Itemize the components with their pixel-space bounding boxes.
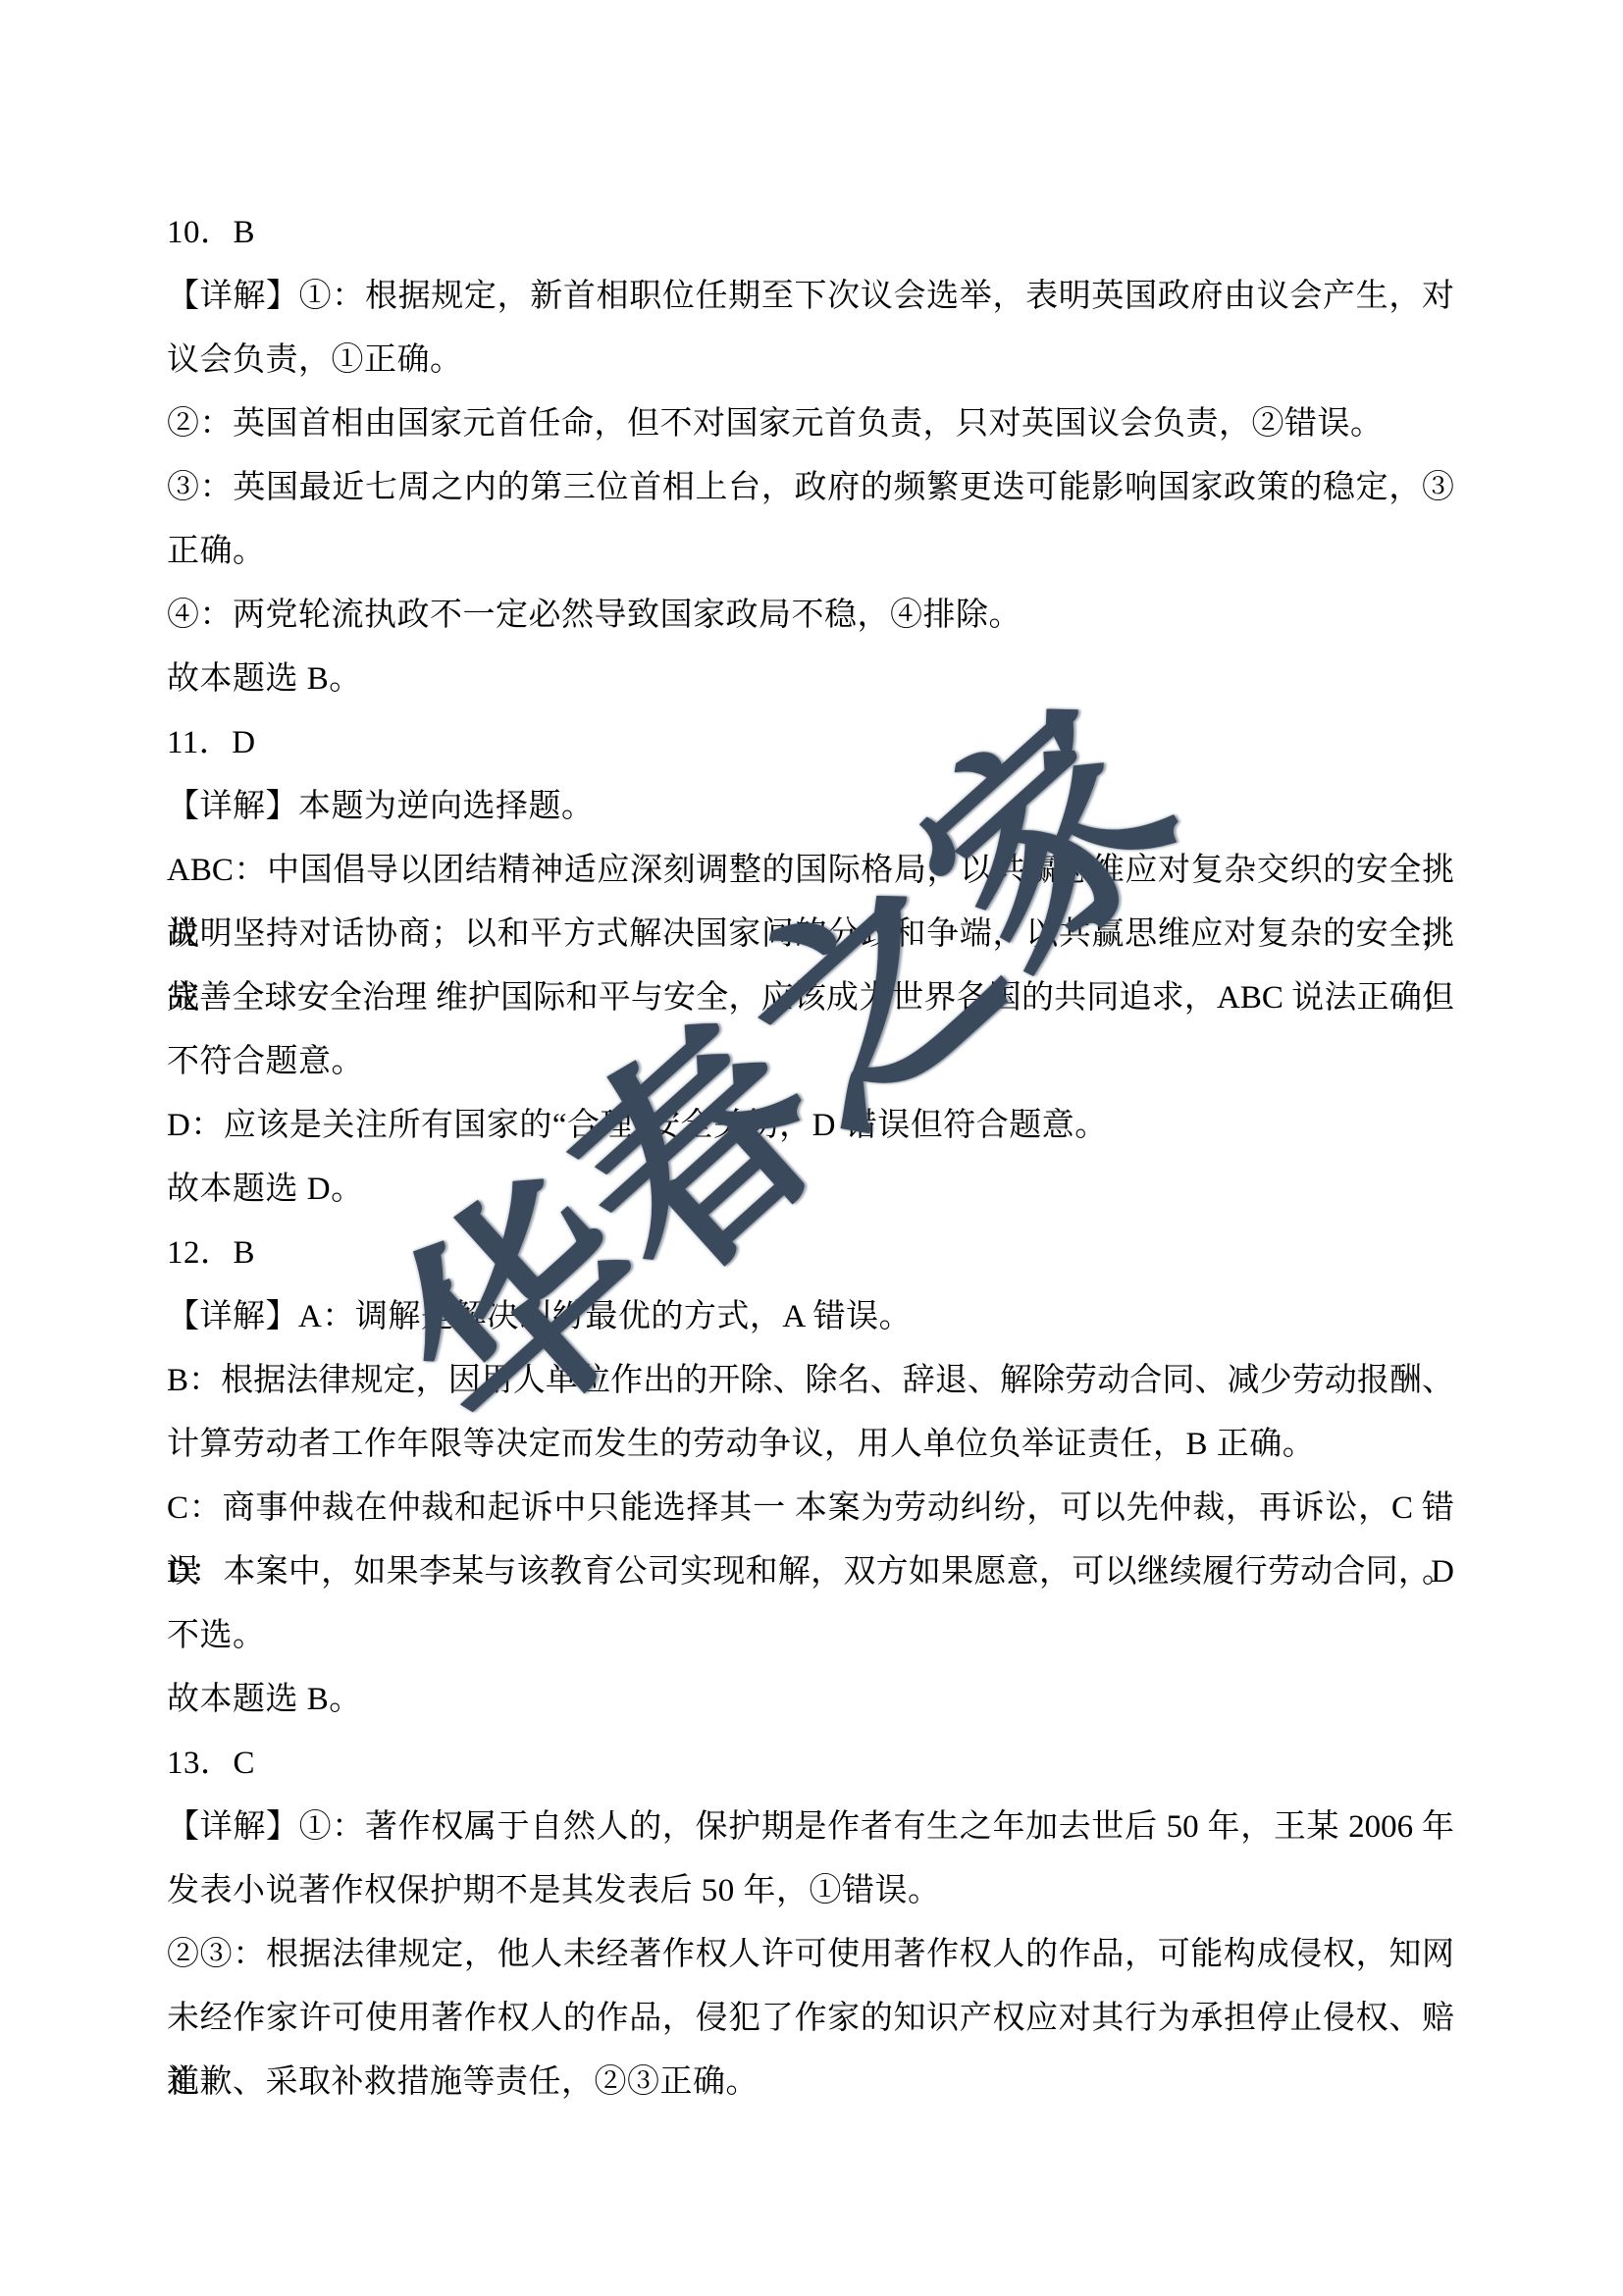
explanation-line: 完善全球安全治理 维护国际和平与安全，应该成为世界各国的共同追求，ABC 说法正… <box>167 966 1454 1030</box>
explanation-line: 道歉、采取补救措施等责任，②③正确。 <box>167 2051 1454 2114</box>
explanation-line: ABC：中国倡导以团结精神适应深刻调整的国际格局，以共赢思维应对复杂交织的安全挑… <box>167 839 1454 903</box>
explanation-line: ②③：根据法律规定，他人未经著作权人许可使用著作权人的作品，可能构成侵权，知网 <box>167 1923 1454 1987</box>
explanation-line: 【详解】本题为逆向选择题。 <box>167 775 1454 839</box>
answer-header: 10．B <box>167 201 1454 265</box>
explanation-line: 【详解】A：调解是解决纠纷最优的方式，A 错误。 <box>167 1285 1454 1349</box>
explanation-line: B：根据法律规定，因用人单位作出的开除、除名、辞退、解除劳动合同、减少劳动报酬、 <box>167 1349 1454 1413</box>
explanation-line: 不选。 <box>167 1604 1454 1668</box>
explanation-line: 未经作家许可使用著作权人的作品，侵犯了作家的知识产权应对其行为承担停止侵权、赔礼 <box>167 1987 1454 2051</box>
answer-header: 11．D <box>167 711 1454 775</box>
document-page: 10．B【详解】①：根据规定，新首相职位任期至下次议会选举，表明英国政府由议会产… <box>0 0 1623 2296</box>
explanation-line: 议会负责，①正确。 <box>167 329 1454 392</box>
explanation-line: 【详解】①：著作权属于自然人的，保护期是作者有生之年加去世后 50 年，王某 2… <box>167 1796 1454 1859</box>
explanation-line: ③：英国最近七周之内的第三位首相上台，政府的频繁更迭可能影响国家政策的稳定，③ <box>167 456 1454 520</box>
explanation-line: D：应该是关注所有国家的“合理”安全关切，D 错误但符合题意。 <box>167 1094 1454 1158</box>
explanation-line: 故本题选 D。 <box>167 1158 1454 1222</box>
answer-header: 13．C <box>167 1732 1454 1796</box>
explanation-line: 【详解】①：根据规定，新首相职位任期至下次议会选举，表明英国政府由议会产生，对 <box>167 265 1454 329</box>
answer-header: 12．B <box>167 1222 1454 1285</box>
explanation-line: 发表小说著作权保护期不是其发表后 50 年，①错误。 <box>167 1859 1454 1923</box>
explanation-line: ④：两党轮流执政不一定必然导致国家政局不稳，④排除。 <box>167 584 1454 648</box>
explanation-line: 故本题选 B。 <box>167 1668 1454 1732</box>
explanation-line: 正确。 <box>167 520 1454 584</box>
document-text: 10．B【详解】①：根据规定，新首相职位任期至下次议会选举，表明英国政府由议会产… <box>0 0 1623 2296</box>
explanation-line: 不符合题意。 <box>167 1030 1454 1094</box>
explanation-line: 说明坚持对话协商；以和平方式解决国家间的分歧和争端，以共赢思维应对复杂的安全挑战… <box>167 903 1454 966</box>
explanation-line: ②：英国首相由国家元首任命，但不对国家元首负责，只对英国议会负责，②错误。 <box>167 392 1454 456</box>
explanation-line: 故本题选 B。 <box>167 648 1454 711</box>
explanation-line: C：商事仲裁在仲裁和起诉中只能选择其一 本案为劳动纠纷，可以先仲裁，再诉讼，C … <box>167 1477 1454 1540</box>
explanation-line: 计算劳动者工作年限等决定而发生的劳动争议，用人单位负举证责任，B 正确。 <box>167 1413 1454 1477</box>
explanation-line: D：本案中，如果李某与该教育公司实现和解，双方如果愿意，可以继续履行劳动合同，D <box>167 1540 1454 1604</box>
